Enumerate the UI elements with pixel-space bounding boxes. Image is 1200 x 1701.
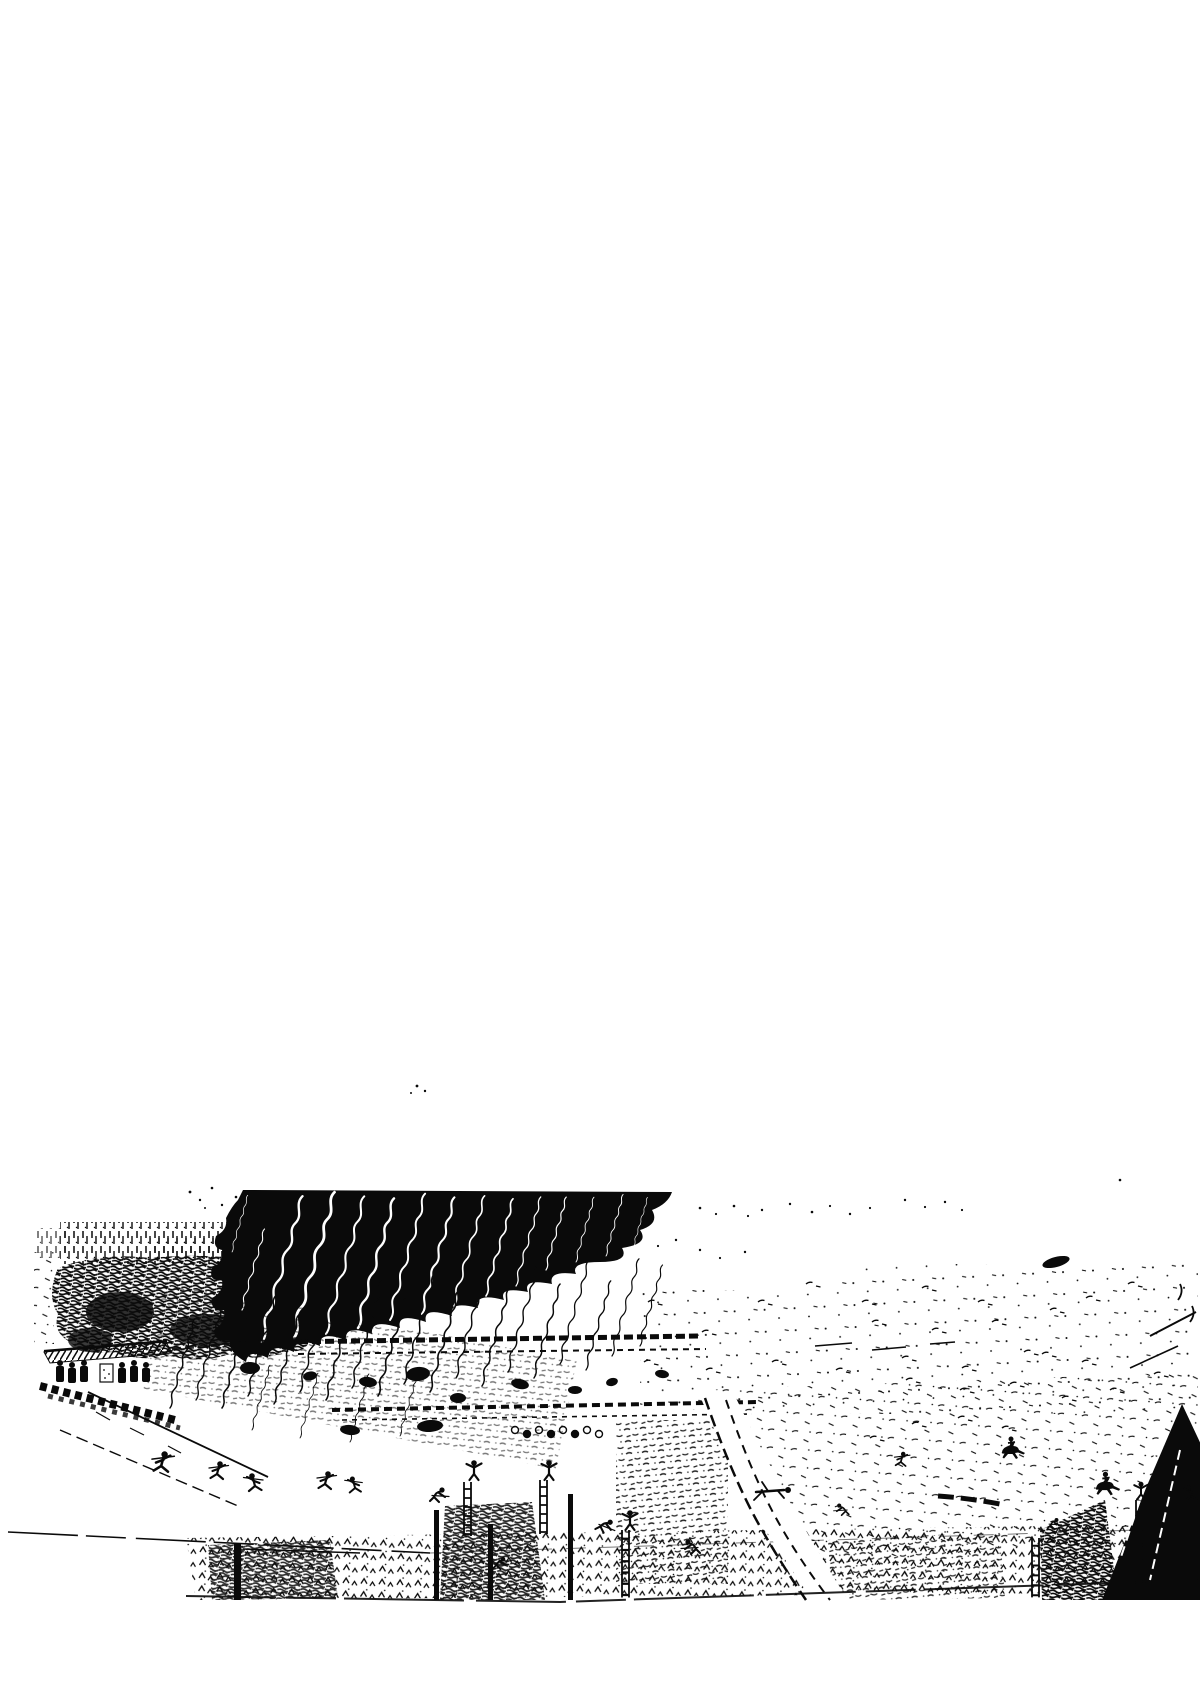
fence-post (568, 1494, 573, 1600)
print-illustration (0, 0, 1200, 1701)
grass-clump (208, 1540, 338, 1600)
fence-post (488, 1524, 493, 1600)
fence-post (234, 1543, 241, 1600)
door-panel (100, 1364, 113, 1382)
fence-post (434, 1510, 439, 1600)
scanned-page (0, 0, 1200, 1701)
